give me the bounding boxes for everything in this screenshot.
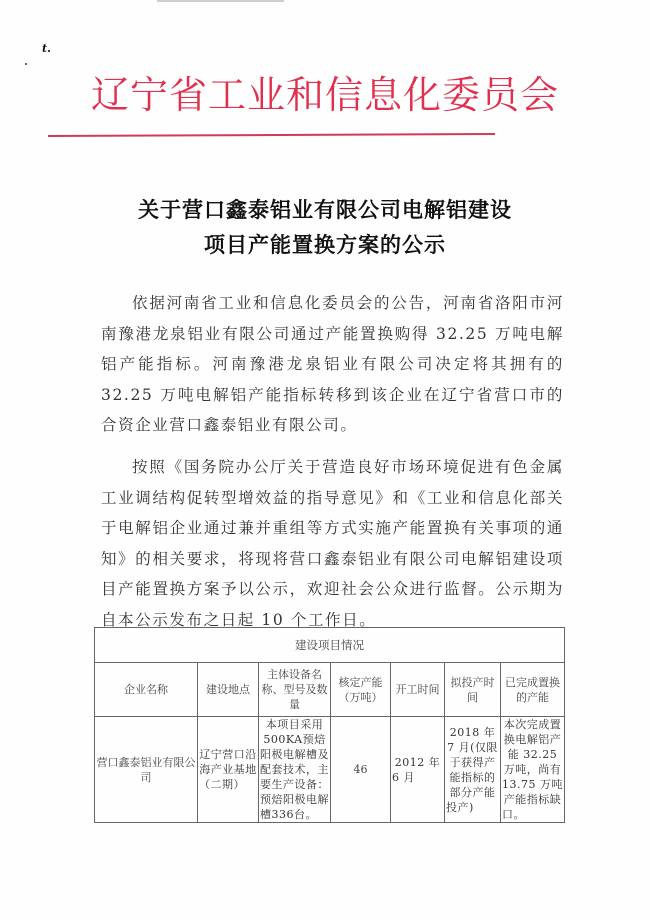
cell-replaced-capacity: 本次完成置换电解铝产能 32.25 万吨，尚有 13.75 万吨产能指标缺口。	[501, 717, 565, 823]
cell-start-time: 2012 年 6 月	[391, 717, 445, 823]
header-location: 建设地点	[198, 663, 259, 717]
header-company: 企业名称	[95, 663, 198, 717]
paragraph-1: 依据河南省工业和信息化委员会的公告，河南省洛阳市河南豫港龙泉铝业有限公司通过产能…	[101, 288, 564, 441]
letterhead-organization: 辽宁省工业和信息化委员会	[0, 72, 650, 118]
paragraph-2: 按照《国务院办公厅关于营造良好市场环境促进有色金属工业调结构促转型增效益的指导意…	[101, 452, 564, 635]
cell-location: 辽宁营口沿海产业基地（二期）	[198, 717, 259, 823]
document-title-line1: 关于营口鑫泰铝业有限公司电解铝建设	[0, 196, 650, 224]
header-equipment: 主体设备名称、型号及数量	[259, 663, 331, 717]
table-row: 营口鑫泰铝业有限公司 辽宁营口沿海产业基地（二期） 本项目采用500KA预焙阳极…	[95, 717, 565, 823]
scan-edge-artifact	[157, 0, 284, 2]
table-caption: 建设项目情况	[95, 628, 565, 663]
header-capacity: 核定产能（万吨）	[331, 663, 391, 717]
cell-capacity: 46	[331, 717, 391, 823]
cell-company: 营口鑫泰铝业有限公司	[95, 717, 198, 823]
paragraph-1-text: 依据河南省工业和信息化委员会的公告，河南省洛阳市河南豫港龙泉铝业有限公司通过产能…	[101, 288, 564, 441]
document-title-line2: 项目产能置换方案的公示	[0, 231, 650, 259]
letterhead-red-rule	[48, 133, 495, 137]
table-header-row: 企业名称 建设地点 主体设备名称、型号及数量 核定产能（万吨） 开工时间 拟投产…	[95, 663, 565, 717]
scan-mark: t.	[42, 42, 51, 55]
cell-equipment: 本项目采用500KA预焙阳极电解槽及配套技术，主要生产设备：预焙阳极电解槽336…	[259, 717, 331, 823]
project-table: 建设项目情况 企业名称 建设地点 主体设备名称、型号及数量 核定产能（万吨） 开…	[94, 627, 565, 823]
header-start-time: 开工时间	[391, 663, 445, 717]
paragraph-2-text: 按照《国务院办公厅关于营造良好市场环境促进有色金属工业调结构促转型增效益的指导意…	[101, 452, 564, 635]
cell-production-time: 2018 年 7 月(仅限于获得产能指标的部分产能投产)	[445, 717, 501, 823]
header-production-time: 拟投产时间	[445, 663, 501, 717]
scan-dot	[25, 63, 27, 65]
header-replaced-capacity: 已完成置换的产能	[501, 663, 565, 717]
table-caption-row: 建设项目情况	[95, 628, 565, 663]
